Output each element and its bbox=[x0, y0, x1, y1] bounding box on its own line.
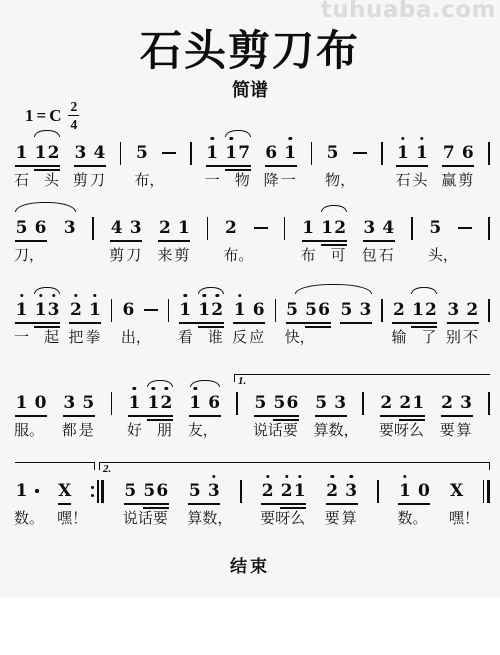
lyric-syllable: 布， bbox=[134, 169, 164, 190]
single-note: 6出， bbox=[122, 299, 135, 321]
octave-dot bbox=[330, 475, 333, 478]
octave-dot bbox=[152, 387, 155, 390]
volta-bracket bbox=[15, 462, 95, 470]
lyric-syllable: 嘿！ bbox=[449, 507, 479, 528]
slur-arc bbox=[411, 287, 437, 294]
lyric-row: 嘿！ bbox=[449, 507, 479, 528]
note-digit: 5 bbox=[188, 480, 201, 502]
beam-line bbox=[286, 322, 331, 324]
note-digit: 2 bbox=[158, 217, 171, 239]
lyric-syllable: 石 bbox=[395, 169, 410, 190]
note-digit: 2 bbox=[47, 142, 60, 164]
measure-group: 212输了 bbox=[392, 299, 437, 321]
lyric-syllable: 一 bbox=[205, 169, 220, 190]
measure-group: 43剪刀 bbox=[110, 217, 142, 239]
lyric-row: 刀， bbox=[14, 244, 46, 265]
score-line-4: 10服。35都是112好朋16友，556说话要53算数，221要呀么23要算1. bbox=[15, 362, 490, 450]
measure-group: 556说话要 bbox=[124, 480, 169, 502]
beam-line bbox=[265, 165, 297, 167]
measure-group: 112石头 bbox=[15, 142, 60, 164]
lyric-syllable: 了 bbox=[421, 326, 436, 347]
lyric-syllable: 剪 bbox=[458, 169, 473, 190]
single-note: 5物， bbox=[326, 142, 339, 164]
measure-group: 53 bbox=[340, 299, 372, 321]
note-group: 556 bbox=[286, 299, 331, 321]
note-digit: 6 bbox=[208, 392, 221, 414]
barline bbox=[207, 217, 209, 240]
barline-stroke bbox=[111, 392, 113, 415]
note-digit: 1 bbox=[15, 299, 28, 321]
octave-dot bbox=[184, 294, 187, 297]
note-digit: 1 bbox=[225, 142, 238, 164]
lyric-row: 来剪 bbox=[157, 244, 189, 265]
barline bbox=[111, 392, 113, 415]
note-digit: 7 bbox=[442, 142, 455, 164]
lyric-row: 别不 bbox=[446, 326, 478, 347]
lyric-syllable: 呀 bbox=[275, 507, 290, 528]
measure-row: 10服。35都是112好朋16友，556说话要53算数，221要呀么23要算 bbox=[15, 392, 490, 415]
lyric-syllable: 物 bbox=[235, 169, 250, 190]
lyric-syllable: 一 bbox=[281, 169, 296, 190]
lyric-syllable: 布 bbox=[301, 244, 316, 265]
barline-stroke bbox=[236, 392, 238, 415]
note-digit: 5 bbox=[286, 299, 299, 321]
note-digit: 0 bbox=[417, 480, 430, 502]
lyric-syllable: 好 bbox=[127, 419, 142, 440]
octave-dot bbox=[133, 387, 136, 390]
sixteenth-pair: 56 bbox=[305, 299, 331, 321]
beam-line bbox=[392, 322, 437, 324]
lyric-syllable: 剪 bbox=[109, 244, 124, 265]
measure-group: 10数。 bbox=[398, 480, 430, 502]
note-digit: 1 bbox=[302, 217, 315, 239]
lyric-syllable: 头， bbox=[428, 244, 458, 265]
note-digit: 5 bbox=[326, 142, 339, 164]
single-note: 2布。 bbox=[224, 217, 237, 239]
note-digit: 0 bbox=[34, 392, 47, 414]
note-digit: 1 bbox=[233, 299, 246, 321]
single-note: 3 bbox=[63, 217, 76, 239]
note-group: 10 bbox=[398, 480, 430, 502]
note-group: 61 bbox=[265, 142, 297, 164]
barline-stroke bbox=[275, 299, 277, 322]
lyric-row: 算数， bbox=[314, 419, 359, 440]
single-note: 1数。 bbox=[15, 480, 39, 502]
measure-row: 56刀，343剪刀21来剪2布。112布可34包石5头， bbox=[15, 217, 490, 240]
lyric-row: 数。 bbox=[14, 507, 44, 528]
note-digit: 1 bbox=[411, 299, 424, 321]
single-note: 5布， bbox=[135, 142, 148, 164]
slur-arc bbox=[225, 130, 251, 137]
barline bbox=[311, 142, 313, 165]
beam-line bbox=[110, 240, 142, 242]
measure-group: 23要算 bbox=[326, 480, 358, 502]
octave-dot bbox=[39, 294, 42, 297]
note-digit: 2 bbox=[380, 392, 393, 414]
lyric-syllable: 朋 bbox=[157, 419, 172, 440]
note-digit: 1 bbox=[293, 480, 306, 502]
barline bbox=[275, 299, 277, 322]
barline bbox=[488, 142, 490, 165]
single-note: X嘿！ bbox=[58, 480, 71, 502]
lyric-syllable: 刀， bbox=[14, 244, 44, 265]
note-digit: 5 bbox=[143, 480, 156, 502]
note-digit: 3 bbox=[207, 480, 220, 502]
lyric-row: 友， bbox=[188, 419, 220, 440]
measure-group: 21把拳 bbox=[69, 299, 101, 321]
measure-group: 556快， bbox=[286, 299, 331, 321]
note-digit: 1 bbox=[34, 142, 47, 164]
beam-line bbox=[380, 415, 425, 417]
lyric-syllable: 算 bbox=[187, 507, 202, 528]
lyric-syllable: 算 bbox=[342, 507, 357, 528]
octave-dot bbox=[298, 475, 301, 478]
beam-line bbox=[158, 240, 190, 242]
note-digit: X bbox=[58, 480, 71, 502]
note-digit: 6 bbox=[252, 299, 265, 321]
note-group: 76 bbox=[442, 142, 474, 164]
lyric-syllable: 要 bbox=[260, 507, 275, 528]
note-digit: 1 bbox=[88, 299, 101, 321]
note-digit: 2 bbox=[211, 299, 224, 321]
lyric-row: 头， bbox=[428, 244, 458, 265]
lyric-syllable: 数， bbox=[202, 507, 232, 528]
lyric-row: 降一 bbox=[264, 169, 296, 190]
note-digit: 1 bbox=[412, 392, 425, 414]
measure-group: 76赢剪 bbox=[442, 142, 474, 164]
lyric-row: 剪刀 bbox=[109, 244, 141, 265]
lyric-row: 快， bbox=[285, 326, 330, 347]
lyric-syllable: 头 bbox=[412, 169, 427, 190]
measure-group: 23要算 bbox=[441, 392, 473, 414]
note-group: 16 bbox=[233, 299, 265, 321]
measure-row: 112石头34剪刀5布，117一物61降一5物，11石头76赢剪 bbox=[15, 142, 490, 165]
note-digit: 1 bbox=[147, 392, 160, 414]
lyric-syllable: 石 bbox=[14, 169, 29, 190]
beam-line bbox=[315, 415, 347, 417]
beam-line bbox=[189, 415, 221, 417]
augmentation-dot bbox=[35, 489, 39, 493]
score-line-1: 112石头34剪刀5布，117一物61降一5物，11石头76赢剪 bbox=[15, 124, 490, 200]
lyric-syllable: 一 bbox=[14, 326, 29, 347]
barline-stroke bbox=[207, 217, 209, 240]
note-digit: 1 bbox=[396, 142, 409, 164]
lyric-syllable: 要 bbox=[440, 419, 455, 440]
lyric-syllable: 说 bbox=[123, 507, 138, 528]
barline-stroke bbox=[377, 480, 379, 503]
lyric-row: 石头 bbox=[395, 169, 427, 190]
lyric-syllable: 友， bbox=[188, 419, 218, 440]
barline bbox=[488, 299, 490, 322]
note-group: 113 bbox=[15, 299, 60, 321]
note-digit: 5 bbox=[15, 217, 28, 239]
lyric-row: 输了 bbox=[391, 326, 436, 347]
slur-arc bbox=[190, 380, 220, 387]
lyric-syllable: 要 bbox=[325, 507, 340, 528]
lyric-syllable: 反 bbox=[232, 326, 247, 347]
lyric-row: 布可 bbox=[301, 244, 346, 265]
octave-dot bbox=[230, 137, 233, 140]
lyric-syllable: 头 bbox=[44, 169, 59, 190]
lyric-row: 出， bbox=[121, 326, 151, 347]
note-group: 34 bbox=[363, 217, 395, 239]
beam-line bbox=[206, 165, 251, 167]
note-digit: 4 bbox=[382, 217, 395, 239]
lyric-row: 布， bbox=[134, 169, 164, 190]
note-digit: 3 bbox=[363, 217, 376, 239]
barline-stroke bbox=[411, 217, 413, 240]
slur-arc bbox=[147, 380, 173, 387]
sixteenth-pair: 56 bbox=[143, 480, 169, 502]
barline-stroke bbox=[284, 217, 286, 240]
duration-dash bbox=[144, 299, 158, 321]
note-digit: 3 bbox=[74, 142, 87, 164]
lyric-syllable: 物， bbox=[325, 169, 355, 190]
slur-arc bbox=[34, 130, 60, 137]
note-group: 32 bbox=[447, 299, 479, 321]
beam-line bbox=[15, 322, 60, 324]
note-digit: 2 bbox=[326, 480, 339, 502]
barline bbox=[111, 299, 113, 322]
lyric-row: 布。 bbox=[223, 244, 253, 265]
lyric-row: 服。 bbox=[14, 419, 46, 440]
sixteenth-pair: 12 bbox=[147, 392, 173, 414]
lyric-row: 反应 bbox=[232, 326, 264, 347]
note-digit: 3 bbox=[334, 392, 347, 414]
slur-arc bbox=[34, 287, 60, 294]
note-digit: 1 bbox=[398, 480, 411, 502]
lyric-syllable: 要 bbox=[379, 419, 394, 440]
beam-line bbox=[15, 240, 47, 242]
octave-dot bbox=[193, 387, 196, 390]
barline-stroke bbox=[168, 299, 170, 322]
note-digit: 6 bbox=[461, 142, 474, 164]
beam-line bbox=[15, 415, 47, 417]
note-digit: 3 bbox=[447, 299, 460, 321]
note-digit: 5 bbox=[254, 392, 267, 414]
score-line-5: 1数。X嘿！556说话要53算数，221要呀么23要算10数。X嘿！2. bbox=[15, 450, 490, 538]
note-digit: 3 bbox=[460, 392, 473, 414]
measure-group: 112布可 bbox=[302, 217, 347, 239]
note-digit: 1 bbox=[189, 392, 202, 414]
lyric-syllable: 数， bbox=[329, 419, 359, 440]
lyric-row: 剪刀 bbox=[73, 169, 105, 190]
beam-line bbox=[254, 415, 299, 417]
octave-dot bbox=[212, 475, 215, 478]
barline-stroke bbox=[240, 480, 242, 503]
measure-group: 35都是 bbox=[63, 392, 95, 414]
note-digit: 2 bbox=[424, 299, 437, 321]
lyric-syllable: 数。 bbox=[14, 507, 44, 528]
barline-stroke bbox=[111, 299, 113, 322]
lyric-syllable: 么 bbox=[409, 419, 424, 440]
barline bbox=[240, 480, 242, 503]
lyric-row: 说话要 bbox=[123, 507, 168, 528]
note-digit: X bbox=[450, 480, 463, 502]
note-digit: 2 bbox=[466, 299, 479, 321]
lyric-syllable: 输 bbox=[391, 326, 406, 347]
beam-line bbox=[396, 165, 428, 167]
lyric-syllable: 石 bbox=[379, 244, 394, 265]
lyric-syllable: 话 bbox=[138, 507, 153, 528]
note-group: 23 bbox=[326, 480, 358, 502]
lyric-syllable: 剪 bbox=[73, 169, 88, 190]
octave-dot bbox=[216, 294, 219, 297]
beam-line bbox=[363, 240, 395, 242]
octave-dot bbox=[165, 387, 168, 390]
note-digit: 2 bbox=[69, 299, 82, 321]
lyric-syllable: 别 bbox=[446, 326, 461, 347]
beam-line bbox=[128, 415, 173, 417]
measure-group: 53算数， bbox=[188, 480, 220, 502]
note-digit: 5 bbox=[429, 217, 442, 239]
note-group: 556 bbox=[124, 480, 169, 502]
lyric-syllable: 都 bbox=[62, 419, 77, 440]
note-group: 212 bbox=[392, 299, 437, 321]
note-group: 53 bbox=[188, 480, 220, 502]
note-digit: 1 bbox=[206, 142, 219, 164]
barline-stroke bbox=[311, 142, 313, 165]
note-group: 23 bbox=[441, 392, 473, 414]
lyric-syllable: 要 bbox=[153, 507, 168, 528]
beam-line bbox=[69, 322, 101, 324]
slur-arc bbox=[295, 284, 372, 294]
note-digit: 2 bbox=[334, 217, 347, 239]
octave-dot bbox=[74, 294, 77, 297]
slur-arc bbox=[15, 202, 76, 212]
lyric-row: 石头 bbox=[14, 169, 59, 190]
lyric-syllable: 来 bbox=[157, 244, 172, 265]
octave-dot bbox=[211, 137, 214, 140]
volta-label: 1. bbox=[238, 375, 246, 387]
note-digit: 2 bbox=[280, 480, 293, 502]
measure-group: 34包石 bbox=[363, 217, 395, 239]
volta-bracket: 2. bbox=[99, 462, 490, 470]
score-line-2: 56刀，343剪刀21来剪2布。112布可34包石5头， bbox=[15, 199, 490, 275]
measure-group: 112看谁 bbox=[179, 299, 224, 321]
barline bbox=[120, 142, 122, 165]
lyric-syllable: 拳 bbox=[85, 326, 100, 347]
note-digit: 1 bbox=[15, 480, 28, 502]
beam-line bbox=[58, 503, 71, 505]
beam-line bbox=[302, 240, 347, 242]
measure-group: 10服。 bbox=[15, 392, 47, 414]
barline bbox=[362, 392, 364, 415]
lyric-row: 赢剪 bbox=[441, 169, 473, 190]
note-digit: 2 bbox=[392, 299, 405, 321]
lyric-syllable: 包 bbox=[362, 244, 377, 265]
barline bbox=[284, 217, 286, 240]
barline bbox=[381, 142, 383, 165]
note-digit: 2 bbox=[224, 217, 237, 239]
lyric-syllable: 刀 bbox=[90, 169, 105, 190]
lyric-row: 嘿！ bbox=[57, 507, 87, 528]
barline-stroke bbox=[92, 217, 94, 240]
note-digit: 1 bbox=[128, 392, 141, 414]
lyric-syllable: 服。 bbox=[14, 419, 44, 440]
measure-group: 221要呀么 bbox=[261, 480, 306, 502]
measure-group: 16友， bbox=[189, 392, 221, 414]
lyric-syllable: 谁 bbox=[208, 326, 223, 347]
beam-line bbox=[233, 322, 265, 324]
lyric-syllable: 是 bbox=[79, 419, 94, 440]
single-note: X嘿！ bbox=[450, 480, 463, 502]
note-digit: 3 bbox=[359, 299, 372, 321]
single-note: 5头， bbox=[429, 217, 442, 239]
sixteenth-pair: 12 bbox=[411, 299, 437, 321]
note-digit: 1 bbox=[15, 142, 28, 164]
note-digit: 2 bbox=[160, 392, 173, 414]
lyric-row: 要算 bbox=[325, 507, 357, 528]
barline bbox=[377, 480, 379, 503]
lyric-row: 一物 bbox=[205, 169, 250, 190]
duration-dash bbox=[254, 217, 268, 239]
note-group: 112 bbox=[15, 142, 60, 164]
note-group: 53 bbox=[340, 299, 372, 321]
barline bbox=[236, 392, 238, 415]
measure-group: 21来剪 bbox=[158, 217, 190, 239]
octave-dot bbox=[203, 294, 206, 297]
repeat-dots bbox=[91, 480, 94, 503]
note-group: 11 bbox=[396, 142, 428, 164]
note-digit: 5 bbox=[340, 299, 353, 321]
barline bbox=[381, 299, 383, 322]
lyric-syllable: 剪 bbox=[174, 244, 189, 265]
note-group: 221 bbox=[380, 392, 425, 414]
beam-line bbox=[340, 322, 372, 324]
duration-dash bbox=[458, 217, 472, 239]
barline-stroke bbox=[381, 142, 383, 165]
octave-dot bbox=[238, 294, 241, 297]
measure-group: 221要呀么 bbox=[380, 392, 425, 414]
measure-group: 53算数， bbox=[315, 392, 347, 414]
octave-dot bbox=[401, 137, 404, 140]
measure-group: 556说话要 bbox=[254, 392, 299, 414]
barline-stroke bbox=[120, 142, 122, 165]
note-digit: 6 bbox=[122, 299, 135, 321]
sixteenth-pair: 17 bbox=[225, 142, 251, 164]
lyric-row: 算数， bbox=[187, 507, 232, 528]
beam-line bbox=[188, 503, 220, 505]
lyric-row: 物， bbox=[325, 169, 355, 190]
note-digit: 4 bbox=[110, 217, 123, 239]
lyric-row: 一起 bbox=[14, 326, 59, 347]
barline-stroke bbox=[488, 299, 490, 322]
measure-group: 16反应 bbox=[233, 299, 265, 321]
sixteenth-pair: 12 bbox=[34, 142, 60, 164]
lyric-syllable: 么 bbox=[290, 507, 305, 528]
volta-bracket: 1. bbox=[234, 374, 490, 382]
note-digit: 6 bbox=[265, 142, 278, 164]
lyric-syllable: 话 bbox=[268, 419, 283, 440]
note-group: 10 bbox=[15, 392, 47, 414]
lyric-row: 要算 bbox=[440, 419, 472, 440]
lyric-row: 要呀么 bbox=[379, 419, 424, 440]
note-digit: 2 bbox=[399, 392, 412, 414]
barline-stroke bbox=[381, 299, 383, 322]
note-digit: 1 bbox=[177, 217, 190, 239]
lyric-syllable: 要 bbox=[283, 419, 298, 440]
note-digit: 1 bbox=[179, 299, 192, 321]
note-digit: 6 bbox=[156, 480, 169, 502]
beam-line bbox=[15, 165, 60, 167]
barline-stroke bbox=[488, 392, 490, 415]
note-group: 16 bbox=[189, 392, 221, 414]
measure-group: 112好朋 bbox=[128, 392, 173, 414]
sixteenth-pair: 21 bbox=[280, 480, 306, 502]
note-digit: 1 bbox=[198, 299, 211, 321]
lyric-syllable: 把 bbox=[68, 326, 83, 347]
